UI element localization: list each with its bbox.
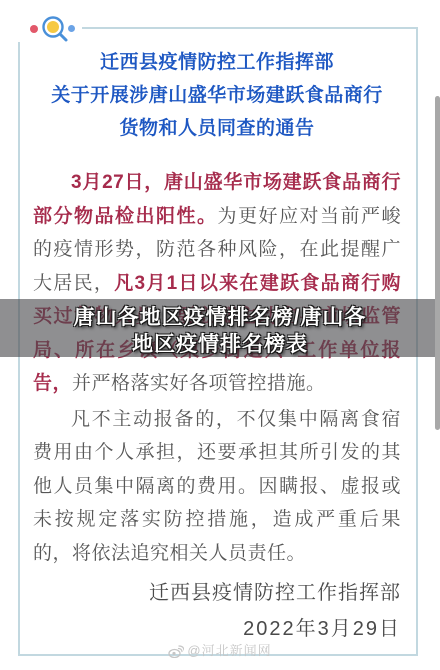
weibo-icon: [168, 645, 184, 658]
caption-line2: 地区疫情排名榜表: [0, 331, 440, 358]
notice-body: 3月27日，唐山盛华市场建跃食品商行部分物品检出阳性。为更好应对当前严峻的疫情形…: [33, 166, 401, 570]
watermark: @河北新闻网: [0, 640, 440, 659]
caption-overlay-text: 唐山各地区疫情排名榜/唐山各 地区疫情排名榜表: [0, 304, 440, 358]
notice-title-line3: 货物和人员同查的通告: [33, 112, 401, 145]
body-text: 并严格落实好各项管控措施。: [72, 373, 326, 394]
red-dot-icon: [30, 25, 38, 33]
notice-title-line1: 迁西县疫情防控工作指挥部: [33, 46, 401, 79]
notice-paragraph-1: 3月27日，唐山盛华市场建跃食品商行部分物品检出阳性。为更好应对当前严峻的疫情形…: [33, 166, 401, 401]
scrollbar-thumb[interactable]: [435, 96, 440, 430]
header-decoration: [0, 0, 440, 46]
watermark-text: @河北新闻网: [187, 643, 271, 658]
blue-dot-icon: [68, 25, 75, 32]
notice-signature: 迁西县疫情防控工作指挥部: [33, 576, 401, 610]
card-border-top: [82, 27, 417, 29]
notice-title: 迁西县疫情防控工作指挥部 关于开展涉唐山盛华市场建跃食品商行 货物和人员同查的通…: [33, 46, 401, 145]
notice-title-line2: 关于开展涉唐山盛华市场建跃食品商行: [33, 79, 401, 112]
notice-paragraph-2: 凡不主动报备的，不仅集中隔离食宿费用由个人承担，还要承担其所引发的其他人员集中隔…: [33, 403, 401, 571]
caption-line1: 唐山各地区疫情排名榜/唐山各: [0, 304, 440, 331]
